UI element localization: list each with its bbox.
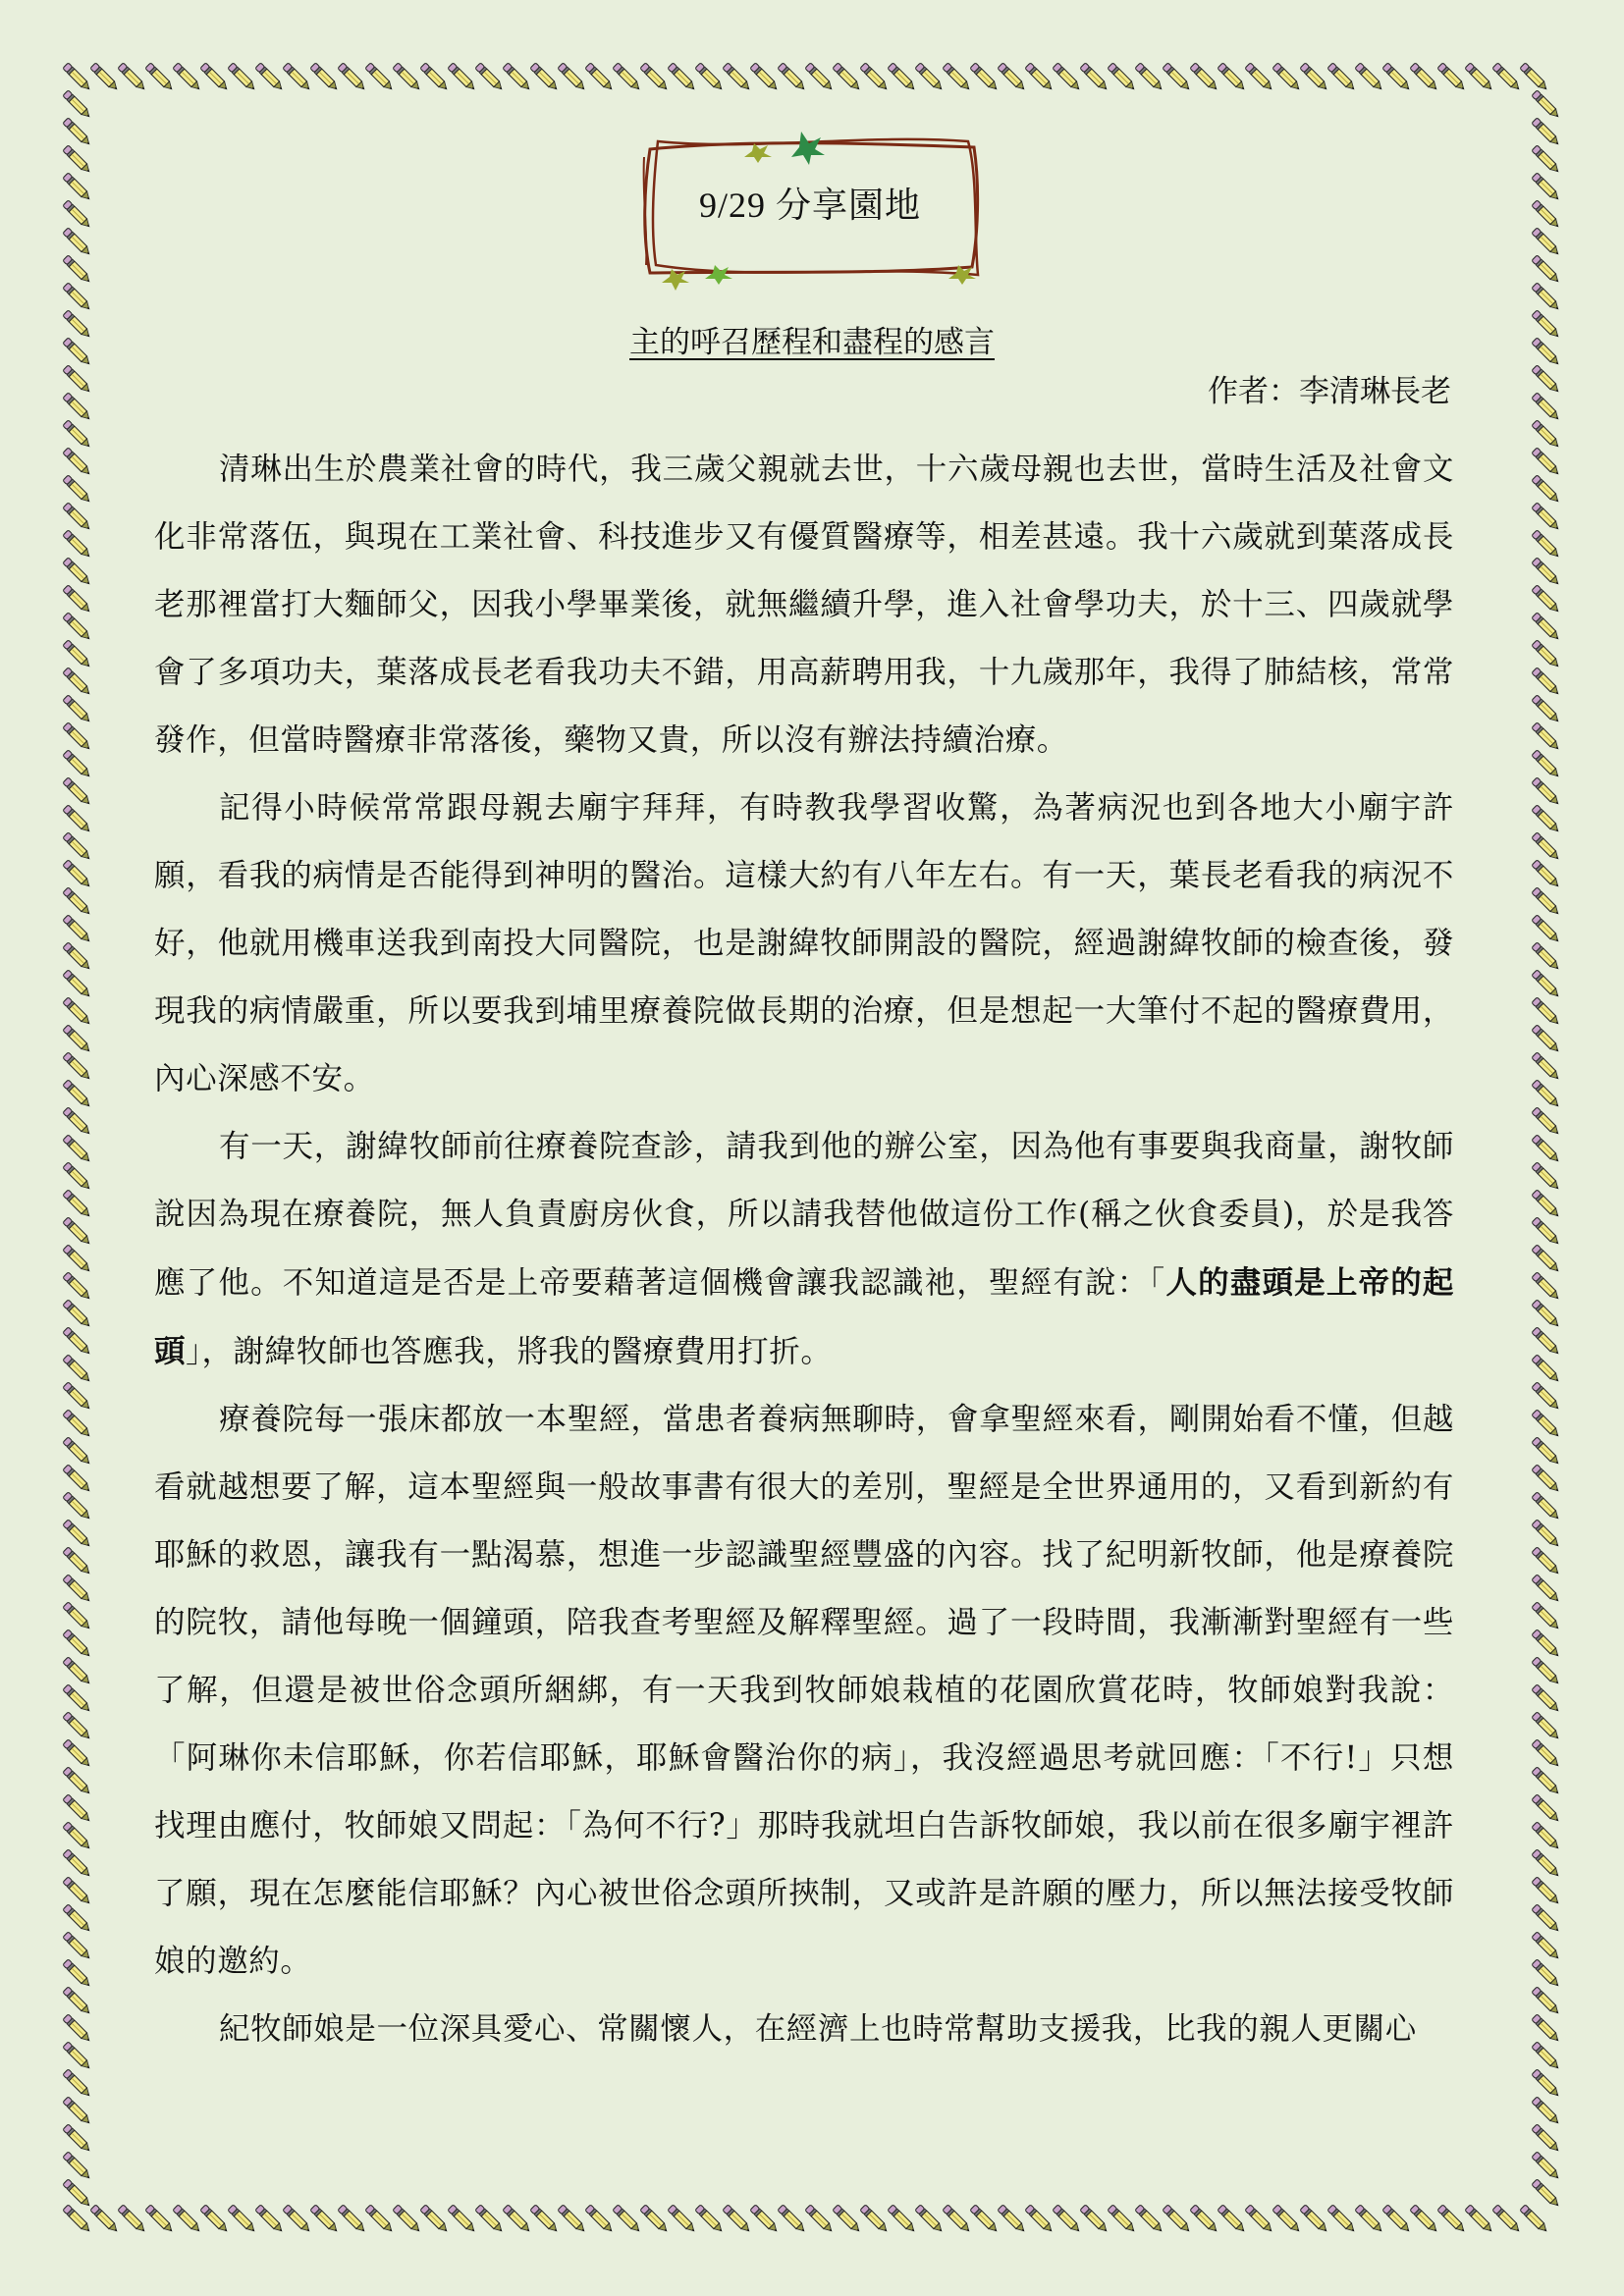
pencil-icon [558, 2205, 587, 2234]
pencil-icon [63, 1135, 92, 1164]
pencil-icon [1532, 503, 1561, 532]
pencil-icon [1532, 2014, 1561, 2044]
paragraph-text: 記得小時候常常跟母親去廟宇拜拜，有時教我學習收驚，為著病況也到各地大小廟宇許願，… [154, 790, 1454, 1096]
pencil-icon [63, 777, 92, 807]
pencil-icon [1382, 2205, 1412, 2234]
pencil-icon [63, 942, 92, 972]
pencil-icon [63, 970, 92, 999]
pencil-icon [1218, 2205, 1247, 2234]
pencil-icon [448, 2205, 477, 2234]
pencil-icon [695, 2205, 725, 2234]
pencil-icon [63, 475, 92, 505]
pencil-icon [1532, 90, 1561, 120]
pencil-icon [1532, 475, 1561, 505]
pencil-icon [63, 722, 92, 752]
pencil-icon [1532, 1217, 1561, 1247]
paragraph: 療養院每一張床都放一本聖經，當患者養病無聊時，會拿聖經來看，剛開始看不懂，但越看… [154, 1386, 1454, 1996]
pencil-icon [63, 1932, 92, 1961]
pencil-icon [63, 1355, 92, 1384]
pencil-icon [1532, 420, 1561, 450]
pencil-icon [63, 1520, 92, 1549]
pencil-icon [63, 1739, 92, 1769]
pencil-icon [833, 63, 862, 92]
pencil-icon [860, 2205, 890, 2234]
pencil-icon [1410, 2205, 1439, 2234]
pencil-icon [1532, 2179, 1561, 2209]
pencil-icon [475, 63, 505, 92]
pencil-icon [63, 420, 92, 450]
pencil-icon [1532, 1492, 1561, 1522]
pencil-icon [1532, 860, 1561, 889]
pencil-icon [63, 283, 92, 312]
pencil-icon [1532, 1712, 1561, 1741]
pencil-icon [63, 887, 92, 917]
pencil-icon [1532, 695, 1561, 724]
pencil-icon [1053, 63, 1082, 92]
pencil-icon [503, 2205, 532, 2234]
pencil-icon [1080, 2205, 1110, 2234]
pencil-icon [63, 145, 92, 175]
pencil-icon [63, 1904, 92, 1934]
pencil-icon [1532, 1355, 1561, 1384]
pencil-icon [63, 1217, 92, 1247]
pencil-icon [613, 2205, 642, 2234]
pencil-icon [1532, 1025, 1561, 1054]
pencil-icon [1245, 2205, 1274, 2234]
pencil-icon [585, 2205, 615, 2234]
pencil-icon [63, 667, 92, 697]
pencil-icon [640, 63, 670, 92]
pencil-icon [63, 1794, 92, 1824]
pencil-icon [1532, 750, 1561, 779]
pencil-icon [1532, 1684, 1561, 1714]
paragraph-text: 紀牧師娘是一位深具愛心、常關懷人，在經濟上也時常幫助支援我，比我的親人更關心 [219, 2011, 1417, 2047]
pencil-icon [970, 2205, 1000, 2234]
pencil-icon [613, 63, 642, 92]
pencil-icon [860, 63, 890, 92]
pencil-icon [1532, 1849, 1561, 1879]
pencil-icon [668, 63, 697, 92]
pencil-icon [1218, 63, 1247, 92]
pencil-icon [255, 63, 285, 92]
paragraph: 紀牧師娘是一位深具愛心、常關懷人，在經濟上也時常幫助支援我，比我的親人更關心 [154, 1996, 1454, 2063]
pencil-icon [1272, 2205, 1302, 2234]
pencil-icon [1532, 1107, 1561, 1137]
pencil-icon [338, 2205, 367, 2234]
leaf-icon [791, 132, 825, 165]
pencil-icon [228, 63, 257, 92]
pencil-icon [1532, 1272, 1561, 1302]
pencil-icon [420, 63, 450, 92]
pencil-icon [1327, 2205, 1357, 2234]
pencil-icon [90, 2205, 120, 2234]
pencil-icon [63, 1245, 92, 1274]
pencil-icon [63, 1080, 92, 1109]
pencil-icon [1532, 558, 1561, 587]
pencil-icon [558, 63, 587, 92]
pencil-icon [1163, 2205, 1192, 2234]
pencil-icon [63, 1300, 92, 1329]
pencil-icon [1532, 1245, 1561, 1274]
pencil-icon [283, 2205, 312, 2234]
pencil-icon [1532, 1327, 1561, 1357]
pencil-icon [63, 1162, 92, 1192]
pencil-icon [63, 695, 92, 724]
pencil-icon [1532, 1547, 1561, 1576]
pencil-icon [1532, 722, 1561, 752]
pencil-icon [1300, 63, 1329, 92]
pencil-icon [63, 1107, 92, 1137]
pencil-icon [63, 2069, 92, 2099]
pencil-icon [173, 63, 202, 92]
pencil-icon [1532, 1877, 1561, 1906]
pencil-icon [1437, 2205, 1467, 2234]
pencil-icon [1532, 1602, 1561, 1631]
pencil-icon [970, 63, 1000, 92]
pencil-icon [1492, 2205, 1522, 2234]
pencil-icon [1272, 63, 1302, 92]
pencil-icon [63, 640, 92, 669]
pencil-icon [63, 200, 92, 230]
pencil-icon [63, 448, 92, 477]
pencil-icon [1135, 2205, 1164, 2234]
pencil-icon [63, 613, 92, 642]
pencil-icon [63, 2014, 92, 2044]
pencil-icon [1520, 2205, 1549, 2234]
pencil-icon [475, 2205, 505, 2234]
pencil-icon [420, 2205, 450, 2234]
article-heading-text: 主的呼召歷程和盡程的感言 [629, 325, 995, 360]
pencil-icon [310, 63, 340, 92]
pencil-icon [1355, 63, 1384, 92]
leaf-icon [705, 265, 732, 285]
pencil-icon [63, 118, 92, 147]
pencil-icon [1108, 63, 1137, 92]
pencil-icon [63, 915, 92, 944]
pencil-icon [365, 2205, 395, 2234]
pencil-icon [998, 63, 1027, 92]
pencil-icon [63, 63, 92, 92]
pencil-icon [63, 228, 92, 257]
pencil-icon [1190, 2205, 1219, 2234]
pencil-icon [63, 1575, 92, 1604]
pencil-icon [1135, 63, 1164, 92]
pencil-icon [63, 2124, 92, 2154]
pencil-icon [63, 1025, 92, 1054]
pencil-icon [1532, 448, 1561, 477]
pencil-icon [63, 2205, 92, 2234]
pencil-icon [723, 2205, 752, 2234]
pencil-icon [63, 173, 92, 202]
pencil-icon [1532, 1135, 1561, 1164]
pencil-icon [1532, 283, 1561, 312]
pencil-icon [63, 503, 92, 532]
pencil-icon [998, 2205, 1027, 2234]
pencil-icon [503, 63, 532, 92]
pencil-icon [1410, 63, 1439, 92]
pencil-icon [1532, 640, 1561, 669]
pencil-icon [1532, 1300, 1561, 1329]
pencil-icon [1532, 1767, 1561, 1796]
pencil-icon [63, 393, 92, 422]
pencil-icon [1532, 970, 1561, 999]
pencil-icon [530, 2205, 560, 2234]
pencil-icon [1532, 1657, 1561, 1686]
pencil-icon [200, 2205, 230, 2234]
pencil-icon [1532, 200, 1561, 230]
pencil-icon [723, 63, 752, 92]
pencil-icon [1532, 997, 1561, 1027]
pencil-icon [1532, 2069, 1561, 2099]
pencil-icon [1532, 1437, 1561, 1467]
pencil-icon [1532, 887, 1561, 917]
pencil-icon [1532, 1410, 1561, 1439]
pencil-icon [1108, 2205, 1137, 2234]
pencil-icon [888, 2205, 917, 2234]
pencil-icon [640, 2205, 670, 2234]
pencil-icon [943, 2205, 972, 2234]
pencil-icon [1025, 63, 1055, 92]
pencil-icon [1327, 63, 1357, 92]
pencil-icon [145, 63, 175, 92]
pencil-icon [63, 1684, 92, 1714]
pencil-icon [63, 1822, 92, 1851]
pencil-icon [1532, 1739, 1561, 1769]
pencil-icon [1532, 118, 1561, 147]
pencil-icon [338, 63, 367, 92]
pencil-icon [915, 63, 945, 92]
pencil-icon [805, 63, 835, 92]
pencil-icon [200, 63, 230, 92]
pencil-icon [63, 832, 92, 862]
pencil-icon [393, 2205, 422, 2234]
pencil-icon [63, 1382, 92, 1412]
pencil-icon [778, 63, 807, 92]
pencil-icon [63, 1877, 92, 1906]
pencil-icon [1532, 1520, 1561, 1549]
pencil-icon [1532, 832, 1561, 862]
article-heading: 主的呼召歷程和盡程的感言 [0, 322, 1624, 363]
pencil-icon [1532, 1382, 1561, 1412]
pencil-icon [63, 1437, 92, 1467]
pencil-icon [63, 1410, 92, 1439]
pencil-icon [805, 2205, 835, 2234]
pencil-icon [1532, 145, 1561, 175]
pencil-icon [1532, 255, 1561, 285]
pencil-icon [145, 2205, 175, 2234]
pencil-icon [1532, 1080, 1561, 1109]
pencil-icon [63, 1465, 92, 1494]
pencil-icon [63, 1629, 92, 1659]
pencil-icon [1532, 805, 1561, 834]
pencil-icon [173, 2205, 202, 2234]
pencil-icon [63, 1547, 92, 1576]
pencil-icon [1053, 2205, 1082, 2234]
pencil-icon [63, 1602, 92, 1631]
paragraph-text: 」，謝緯牧師也答應我，將我的醫療費用打折。 [186, 1334, 832, 1369]
pencil-icon [393, 63, 422, 92]
pencil-icon [888, 63, 917, 92]
pencil-icon [1245, 63, 1274, 92]
pencil-icon [1532, 2042, 1561, 2071]
pencil-icon [1465, 2205, 1494, 2234]
pencil-icon [1532, 365, 1561, 395]
pencil-icon [63, 1492, 92, 1522]
pencil-icon [833, 2205, 862, 2234]
pencil-icon [1025, 2205, 1055, 2234]
pencil-icon [283, 63, 312, 92]
pencil-icon [63, 90, 92, 120]
pencil-icon [63, 1052, 92, 1082]
pencil-icon [63, 2179, 92, 2209]
pencil-icon [63, 750, 92, 779]
pencil-icon [1532, 1190, 1561, 1219]
pencil-icon [63, 1767, 92, 1796]
pencil-icon [915, 2205, 945, 2234]
paragraph-text: 療養院每一張床都放一本聖經，當患者養病無聊時，會拿聖經來看，剛開始看不懂，但越看… [154, 1402, 1454, 1979]
pencil-icon [1532, 530, 1561, 560]
leaf-icon [744, 143, 772, 163]
pencil-icon [1437, 63, 1467, 92]
pencil-icon [1300, 2205, 1329, 2234]
pencil-icon [943, 63, 972, 92]
page-title: 9/29 分享園地 [628, 181, 992, 230]
pencil-icon [1532, 2152, 1561, 2181]
pencil-icon [63, 2042, 92, 2071]
pencil-icon [63, 365, 92, 395]
paragraph-text: 清琳出生於農業社會的時代，我三歲父親就去世，十六歲母親也去世，當時生活及社會文化… [154, 452, 1454, 758]
pencil-icon [1532, 2124, 1561, 2154]
pencil-icon [1532, 667, 1561, 697]
pencil-icon [778, 2205, 807, 2234]
pencil-icon [1492, 63, 1522, 92]
pencil-icon [1080, 63, 1110, 92]
pencil-icon [310, 2205, 340, 2234]
pencil-icon [63, 997, 92, 1027]
pencil-icon [63, 255, 92, 285]
pencil-icon [1532, 1794, 1561, 1824]
pencil-icon [1163, 63, 1192, 92]
pencil-icon [1532, 1575, 1561, 1604]
pencil-icon [365, 63, 395, 92]
pencil-icon [1532, 585, 1561, 614]
pencil-icon [118, 63, 147, 92]
pencil-icon [1532, 613, 1561, 642]
pencil-icon [1532, 2097, 1561, 2126]
paragraph: 清琳出生於農業社會的時代，我三歲父親就去世，十六歲母親也去世，當時生活及社會文化… [154, 436, 1454, 774]
pencil-icon [1532, 1162, 1561, 1192]
pencil-icon [1532, 228, 1561, 257]
paragraph: 記得小時候常常跟母親去廟宇拜拜，有時教我學習收驚，為著病況也到各地大小廟宇許願，… [154, 774, 1454, 1113]
pencil-icon [63, 860, 92, 889]
pencil-icon [695, 63, 725, 92]
article-author: 作者：李清琳長老 [1208, 371, 1451, 412]
pencil-icon [63, 1959, 92, 1989]
pencil-icon [1355, 2205, 1384, 2234]
pencil-icon [63, 530, 92, 560]
pencil-icon [63, 2097, 92, 2126]
pencil-icon [63, 1190, 92, 1219]
pencil-icon [750, 63, 780, 92]
pencil-icon [1532, 1052, 1561, 1082]
pencil-icon [1532, 1987, 1561, 2016]
pencil-icon [1532, 1629, 1561, 1659]
pencil-icon [750, 2205, 780, 2234]
pencil-icon [1532, 777, 1561, 807]
pencil-icon [63, 1327, 92, 1357]
pencil-icon [1465, 63, 1494, 92]
pencil-icon [1190, 63, 1219, 92]
pencil-icon [63, 805, 92, 834]
pencil-icon [1532, 915, 1561, 944]
pencil-icon [668, 2205, 697, 2234]
pencil-icon [1532, 173, 1561, 202]
pencil-icon [63, 2152, 92, 2181]
pencil-icon [1532, 942, 1561, 972]
pencil-icon [63, 1657, 92, 1686]
pencil-icon [1532, 1959, 1561, 1989]
pencil-icon [63, 585, 92, 614]
pencil-icon [448, 63, 477, 92]
pencil-icon [63, 1712, 92, 1741]
pencil-icon [1532, 1822, 1561, 1851]
pencil-icon [530, 63, 560, 92]
pencil-icon [63, 1849, 92, 1879]
pencil-icon [1520, 63, 1549, 92]
pencil-icon [90, 63, 120, 92]
paragraph: 有一天，謝緯牧師前往療養院查診，請我到他的辦公室，因為他有事要與我商量，謝牧師說… [154, 1113, 1454, 1386]
pencil-icon [255, 2205, 285, 2234]
pencil-icon [585, 63, 615, 92]
pencil-icon [63, 1272, 92, 1302]
title-box: 9/29 分享園地 [628, 118, 992, 294]
pencil-icon [1532, 1904, 1561, 1934]
pencil-icon [118, 2205, 147, 2234]
pencil-icon [63, 1987, 92, 2016]
pencil-icon [1382, 63, 1412, 92]
pencil-icon [1532, 1932, 1561, 1961]
article-body: 清琳出生於農業社會的時代，我三歲父親就去世，十六歲母親也去世，當時生活及社會文化… [154, 436, 1454, 2063]
pencil-icon [1532, 393, 1561, 422]
pencil-icon [228, 2205, 257, 2234]
pencil-icon [1532, 1465, 1561, 1494]
pencil-icon [63, 558, 92, 587]
